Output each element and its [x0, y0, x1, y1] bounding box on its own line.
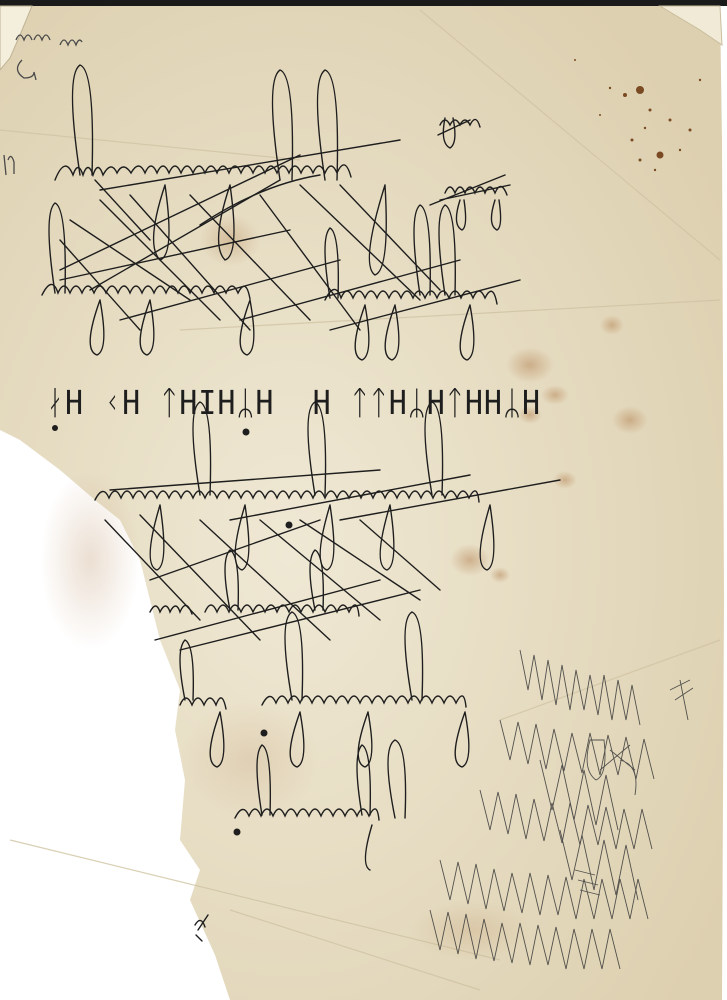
- paper-illustration: [0, 0, 727, 1000]
- runic-glyph-row: ᛅH ᚲH ᛏHIHᛦH H ᛏᛏHᛦHᛏHHᛦH: [46, 384, 541, 423]
- paper-sheet: ᛅH ᚲH ᛏHIHᛦH H ᛏᛏHᛦHᛏHHᛦH: [0, 0, 727, 1000]
